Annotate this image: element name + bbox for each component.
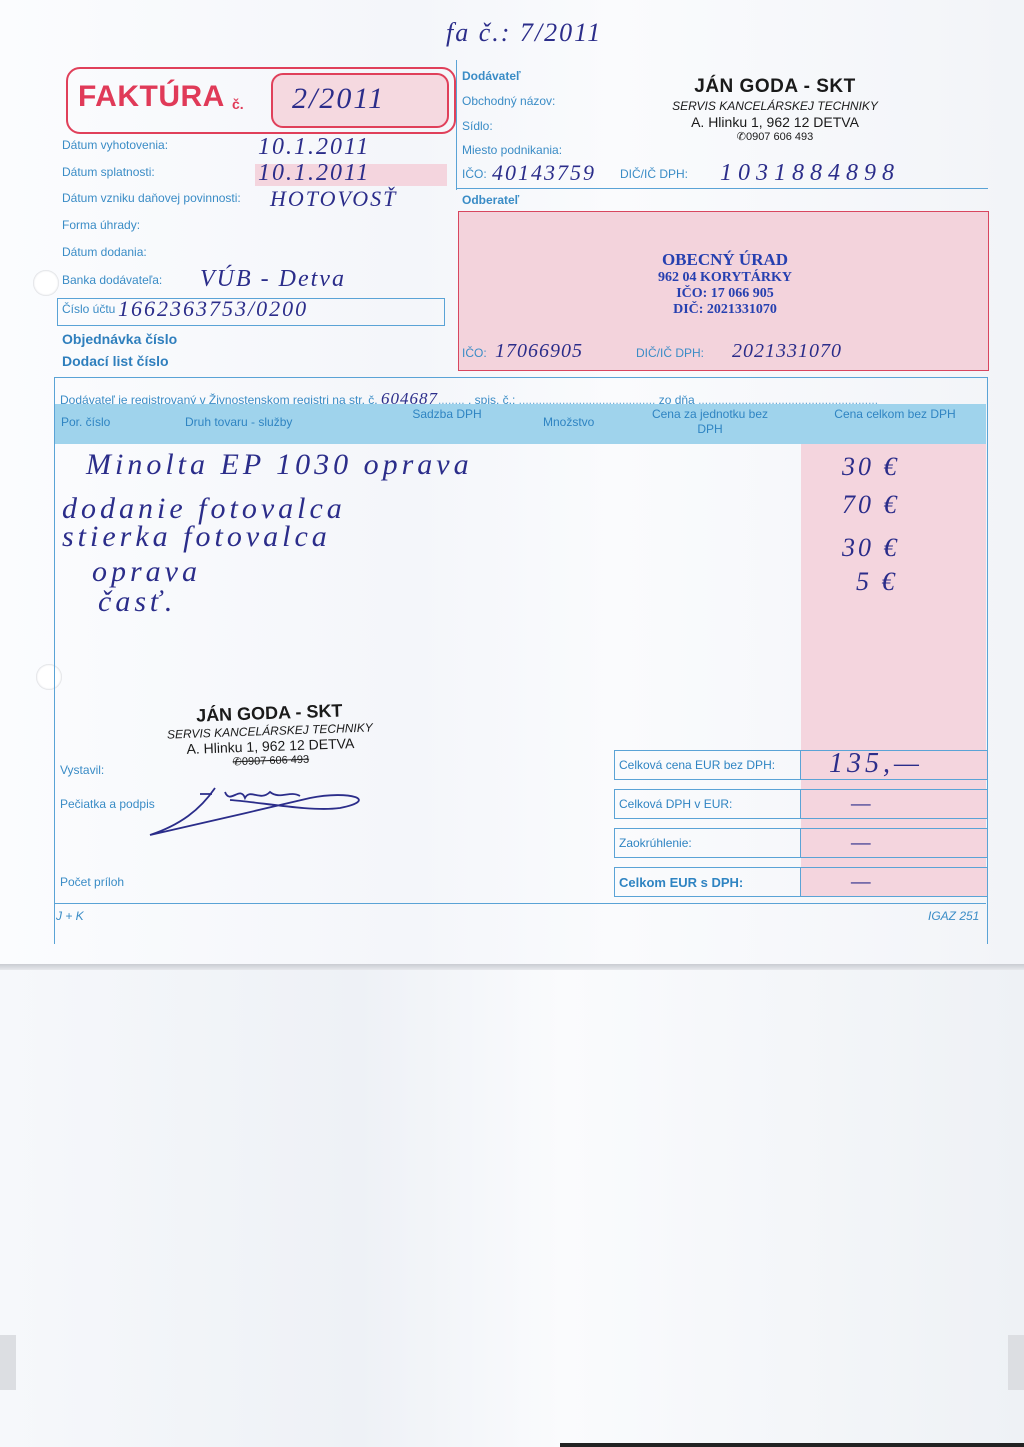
totals-row: Celková DPH v EUR:— bbox=[614, 789, 987, 819]
col-header-total: Cena celkom bez DPH bbox=[825, 407, 965, 422]
totals-label: Zaokrúhlenie: bbox=[619, 836, 692, 850]
punch-hole bbox=[33, 270, 59, 296]
customer-stamp-dic: DIČ: 2021331070 bbox=[590, 302, 860, 318]
supplier-ico-label: IČO: bbox=[462, 167, 487, 181]
item-description: Minolta EP 1030 oprava bbox=[86, 448, 473, 482]
totals-label: Celková cena EUR bez DPH: bbox=[619, 758, 775, 772]
supplier-stamp: JÁN GODA - SKT SERVIS KANCELÁRSKEJ TECHN… bbox=[620, 76, 930, 143]
supplier-stamp-phone: ✆0907 606 493 bbox=[620, 130, 930, 143]
item-total: 30 € bbox=[842, 533, 900, 563]
field-label-due-date: Dátum splatnosti: bbox=[62, 165, 155, 179]
invoice-title: FAKTÚRA bbox=[78, 80, 225, 114]
invoice-number: 2/2011 bbox=[292, 82, 385, 116]
divider bbox=[54, 903, 986, 904]
customer-section-label: Odberateľ bbox=[462, 193, 519, 207]
divider bbox=[456, 188, 988, 189]
invoice-number-label: č. bbox=[232, 96, 244, 112]
scan-edge bbox=[560, 1443, 1024, 1447]
form-footer-right: IGAZ 251 bbox=[928, 909, 979, 923]
account-number: 1662363753/0200 bbox=[118, 296, 308, 322]
customer-stamp-address: 962 04 KORYTÁRKY bbox=[590, 270, 860, 286]
supplier-stamp-name: JÁN GODA - SKT bbox=[620, 76, 930, 98]
col-header-quantity: Množstvo bbox=[543, 415, 594, 430]
supplier-dic-label: DIČ/IČ DPH: bbox=[620, 167, 688, 181]
bank-value: VÚB - Detva bbox=[200, 266, 346, 293]
scanner-margin-right bbox=[1008, 1335, 1024, 1390]
customer-ico-label: IČO: bbox=[462, 346, 487, 360]
attachments-label: Počet príloh bbox=[60, 875, 124, 889]
totals-value: 135,— bbox=[829, 748, 923, 780]
customer-stamp-ico: IČO: 17 066 905 bbox=[590, 286, 860, 302]
item-total: 30 € bbox=[842, 452, 900, 482]
field-label-payment-form: Forma úhrady: bbox=[62, 218, 140, 232]
totals-value-cell: — bbox=[800, 868, 987, 896]
form-footer-left: J + K bbox=[56, 909, 84, 923]
col-header-description: Druh tovaru - služby bbox=[185, 415, 292, 430]
totals-label: Celkom EUR s DPH: bbox=[619, 875, 743, 890]
due-date-value: 10.1.2011 bbox=[258, 160, 370, 187]
supplier-seat-label: Sídlo: bbox=[462, 119, 493, 133]
totals-value-cell: — bbox=[800, 829, 987, 857]
supplier-dic: 1031884898 bbox=[720, 160, 900, 187]
issuer-stamp: JÁN GODA - SKT SERVIS KANCELÁRSKEJ TECHN… bbox=[149, 699, 391, 771]
col-header-vat-rate: Sadzba DPH bbox=[405, 407, 489, 422]
phone-icon: ✆ bbox=[737, 131, 746, 143]
issue-date-value: 10.1.2011 bbox=[258, 134, 370, 161]
col-header-no: Por. číslo bbox=[61, 415, 110, 430]
customer-ico: 17066905 bbox=[495, 340, 583, 363]
totals-row: Celková cena EUR bez DPH:135,— bbox=[614, 750, 987, 780]
supplier-name-label: Obchodný názov: bbox=[462, 94, 555, 108]
customer-stamp: OBECNÝ ÚRAD 962 04 KORYTÁRKY IČO: 17 066… bbox=[590, 250, 860, 318]
scanner-margin-left bbox=[0, 1335, 16, 1390]
item-description: časť. bbox=[98, 585, 176, 619]
totals-value: — bbox=[851, 790, 873, 816]
supplier-section-label: Dodávateľ bbox=[462, 69, 521, 83]
field-label-bank: Banka dodávateľa: bbox=[62, 273, 162, 287]
totals-value-cell: 135,— bbox=[800, 751, 987, 779]
tax-date-value: HOTOVOSŤ bbox=[270, 186, 397, 212]
supplier-place-label: Miesto podnikania: bbox=[462, 143, 562, 157]
divider bbox=[456, 60, 457, 190]
item-total: 70 € bbox=[842, 490, 900, 520]
field-label-issue-date: Dátum vyhotovenia: bbox=[62, 138, 168, 152]
field-label-delivery-date: Dátum dodania: bbox=[62, 245, 147, 259]
blank-lower-area bbox=[0, 970, 1024, 1447]
totals-value: — bbox=[851, 868, 873, 894]
totals-row: Zaokrúhlenie:— bbox=[614, 828, 987, 858]
delivery-note-label: Dodací list číslo bbox=[62, 353, 169, 369]
totals-row: Celkom EUR s DPH:— bbox=[614, 867, 987, 897]
supplier-ico: 40143759 bbox=[492, 160, 596, 186]
items-table-header: Por. číslo Druh tovaru - služby Sadzba D… bbox=[55, 404, 986, 444]
supplier-stamp-subtitle: SERVIS KANCELÁRSKEJ TECHNIKY bbox=[620, 99, 930, 113]
item-description: stierka fotovalca bbox=[62, 520, 331, 554]
col-header-unit-price: Cena za jednotku bez DPH bbox=[645, 407, 775, 437]
signature bbox=[140, 780, 380, 840]
item-description: oprava bbox=[92, 555, 201, 589]
totals-value: — bbox=[851, 829, 873, 855]
phone-icon: ✆ bbox=[232, 756, 242, 768]
totals-value-cell: — bbox=[800, 790, 987, 818]
issued-by-label: Vystavil: bbox=[60, 763, 104, 777]
customer-stamp-name: OBECNÝ ÚRAD bbox=[590, 250, 860, 270]
account-label: Číslo účtu bbox=[62, 302, 115, 316]
customer-dic-label: DIČ/IČ DPH: bbox=[636, 346, 704, 360]
item-total: 5 € bbox=[856, 567, 898, 597]
field-label-tax-date: Dátum vzniku daňovej povinnosti: bbox=[62, 191, 241, 205]
order-number-label: Objednávka číslo bbox=[62, 331, 177, 347]
handwritten-note: fa č.: 7/2011 bbox=[446, 18, 602, 48]
supplier-stamp-address: A. Hlinku 1, 962 12 DETVA bbox=[620, 114, 930, 130]
customer-dic: 2021331070 bbox=[732, 340, 842, 363]
totals-label: Celková DPH v EUR: bbox=[619, 797, 732, 811]
